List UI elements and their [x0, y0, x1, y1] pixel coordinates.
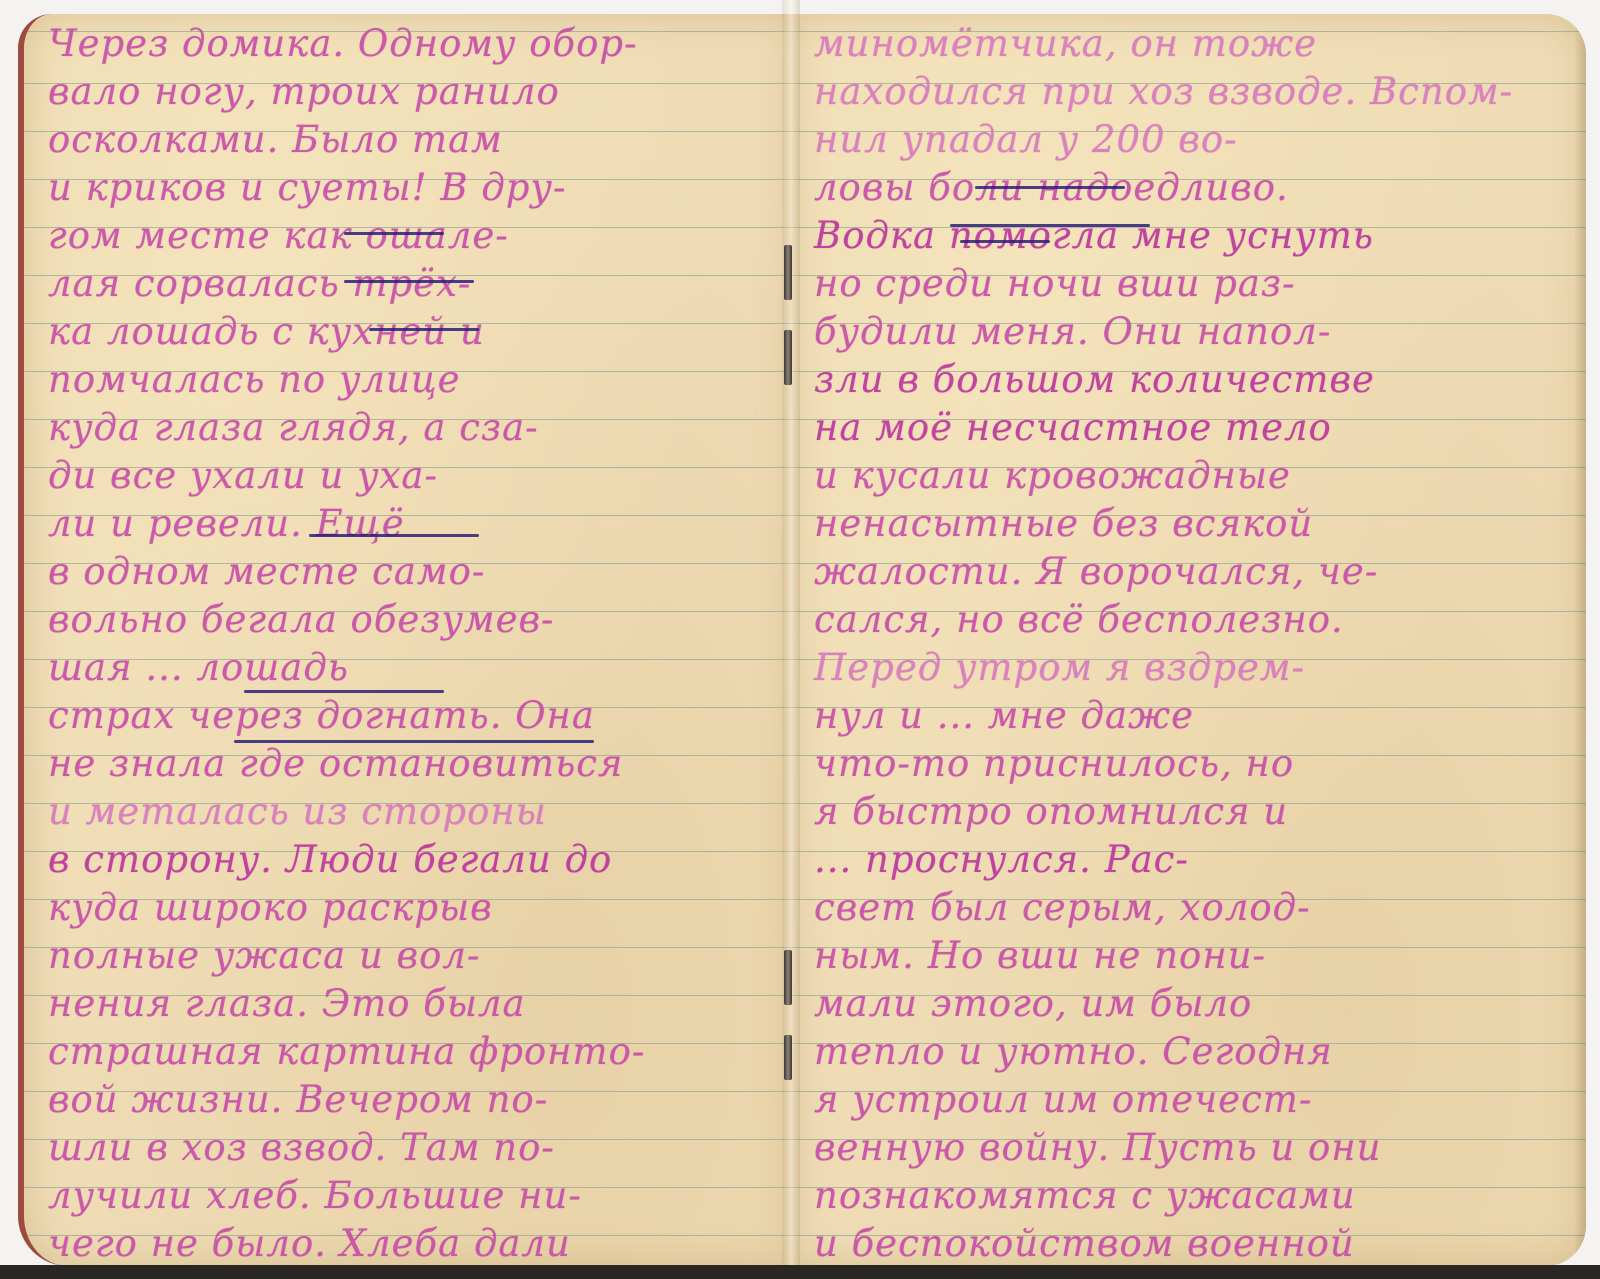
handwritten-line: зли в большом количестве — [814, 356, 1568, 404]
handwritten-line: ным. Но вши не пони- — [814, 932, 1568, 980]
handwritten-line: нул и ... мне даже — [814, 692, 1568, 740]
handwritten-line: чего не было. Хлеба дали — [48, 1220, 778, 1266]
staple — [784, 245, 792, 300]
handwritten-line: жалости. Я ворочался, че- — [814, 548, 1568, 596]
ink-underline — [244, 690, 444, 693]
left-page-text: Через домика. Одному обор- вало ногу, тр… — [48, 20, 778, 1266]
handwritten-line: сался, но всё бесполезно. — [814, 596, 1568, 644]
handwritten-line: помчалась по улице — [48, 356, 778, 404]
ink-underline — [309, 534, 479, 537]
ink-underline — [234, 740, 594, 743]
handwritten-line: находился при хоз взводе. Вспом- — [814, 68, 1568, 116]
handwritten-line: я устроил им отечест- — [814, 1076, 1568, 1124]
staple — [784, 1035, 792, 1080]
handwritten-line: ... проснулся. Рас- — [814, 836, 1568, 884]
handwritten-line: страх через догнать. Она — [48, 692, 778, 740]
handwritten-line: куда широко раскрыв — [48, 884, 778, 932]
handwritten-line: и криков и суеты! В дру- — [48, 164, 778, 212]
ink-underline — [344, 232, 444, 235]
handwritten-line: Перед утром я вздрем- — [814, 644, 1568, 692]
handwritten-line: шая ... лошадь — [48, 644, 778, 692]
handwritten-line: Водка помогла мне уснуть — [814, 212, 1568, 260]
handwritten-line: на моё несчастное тело — [814, 404, 1568, 452]
handwritten-line: шли в хоз взвод. Там по- — [48, 1124, 778, 1172]
handwritten-line: ка лошадь с кухней и — [48, 308, 778, 356]
notebook-edge-shadow — [0, 1265, 1600, 1279]
handwritten-line: осколками. Было там — [48, 116, 778, 164]
handwritten-line: будили меня. Они напол- — [814, 308, 1568, 356]
right-page-text: миномётчика, он тоже находился при хоз в… — [814, 20, 1568, 1266]
handwritten-line: вой жизни. Вечером по- — [48, 1076, 778, 1124]
handwritten-line: Через домика. Одному обор- — [48, 20, 778, 68]
handwritten-line: ненасытные без всякой — [814, 500, 1568, 548]
right-page: миномётчика, он тоже находился при хоз в… — [790, 14, 1586, 1266]
handwritten-line: мали этого, им было — [814, 980, 1568, 1028]
ink-underline — [975, 186, 1125, 189]
handwritten-line: гом месте как ошале- — [48, 212, 778, 260]
handwritten-line: и беспокойством военной — [814, 1220, 1568, 1266]
handwritten-line: тепло и уютно. Сегодня — [814, 1028, 1568, 1076]
handwritten-line: нил упадал у 200 во- — [814, 116, 1568, 164]
handwritten-line: не знала где остановиться — [48, 740, 778, 788]
handwritten-line: вало ногу, троих ранило — [48, 68, 778, 116]
ink-underline — [344, 280, 474, 283]
handwritten-line: страшная картина фронто- — [48, 1028, 778, 1076]
open-notebook: Через домика. Одному обор- вало ногу, тр… — [0, 0, 1600, 1279]
handwritten-line: в сторону. Люди бегали до — [48, 836, 778, 884]
handwritten-line: нения глаза. Это была — [48, 980, 778, 1028]
handwritten-line: венную войну. Пусть и они — [814, 1124, 1568, 1172]
handwritten-line: лучили хлеб. Большие ни- — [48, 1172, 778, 1220]
left-page: Через домика. Одному обор- вало ногу, тр… — [18, 14, 796, 1266]
handwritten-line: в одном месте само- — [48, 548, 778, 596]
handwritten-line: ловы боли надоедливо. — [814, 164, 1568, 212]
ink-underline — [950, 224, 1150, 227]
handwritten-line: ди все ухали и уха- — [48, 452, 778, 500]
handwritten-line: куда глаза глядя, а сза- — [48, 404, 778, 452]
staple — [784, 950, 792, 1005]
handwritten-line: ли и ревели. Ещё — [48, 500, 778, 548]
handwritten-line: вольно бегала обезумев- — [48, 596, 778, 644]
handwritten-line: полные ужаса и вол- — [48, 932, 778, 980]
staple — [784, 330, 792, 385]
ink-underline — [960, 240, 1050, 243]
handwritten-line: и металась из стороны — [48, 788, 778, 836]
handwritten-line: познакомятся с ужасами — [814, 1172, 1568, 1220]
ink-underline — [369, 328, 479, 331]
handwritten-line: миномётчика, он тоже — [814, 20, 1568, 68]
handwritten-line: лая сорвалась трёх- — [48, 260, 778, 308]
handwritten-line: и кусали кровожадные — [814, 452, 1568, 500]
handwritten-line: но среди ночи вши раз- — [814, 260, 1568, 308]
handwritten-line: что-то приснилось, но — [814, 740, 1568, 788]
handwritten-line: свет был серым, холод- — [814, 884, 1568, 932]
notebook-spine — [782, 0, 800, 1279]
handwritten-line: я быстро опомнился и — [814, 788, 1568, 836]
